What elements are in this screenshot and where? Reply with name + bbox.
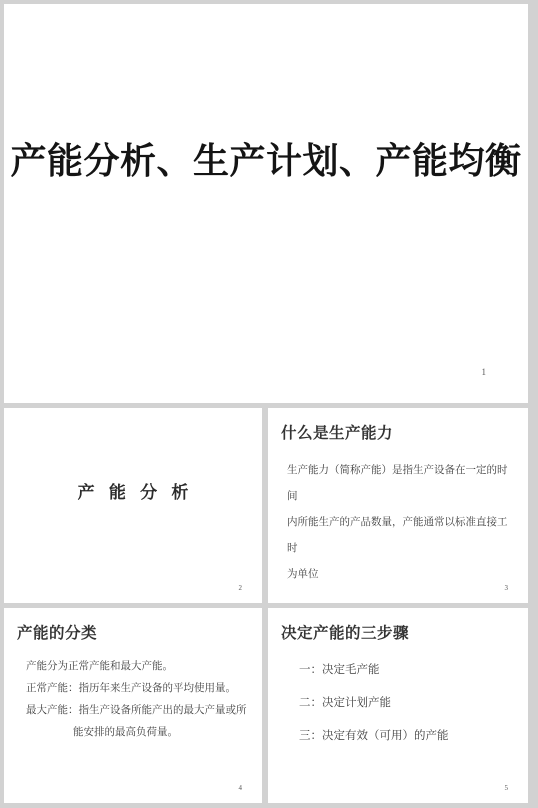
slide-page-4: 产能的分类 产能分为正常产能和最大产能。 正常产能：指历年来生产设备的平均使用量… <box>4 608 262 803</box>
slide1-page-number: 1 <box>482 367 487 377</box>
slide3-page-number: 3 <box>505 584 509 592</box>
slide2-title: 产 能 分 析 <box>4 478 262 503</box>
slide3-title: 什么是生产能力 <box>281 421 393 443</box>
slide5-list: 一：决定毛产能 二：决定计划产能 三：决定有效（可用）的产能 <box>299 664 449 763</box>
body-line: 能安排的最高负荷量。 <box>73 722 254 744</box>
body-line: 为单位 <box>287 562 516 588</box>
slide3-body: 生产能力（简称产能）是指生产设备在一定的时间 内所能生产的产品数量，产能通常以标… <box>287 458 516 588</box>
slide4-title: 产能的分类 <box>17 621 97 643</box>
body-line: 最大产能：指生产设备所能产出的最大产量或所 <box>26 700 254 722</box>
body-line: 生产能力（简称产能）是指生产设备在一定的时间 <box>287 458 516 510</box>
body-line: 正常产能：指历年来生产设备的平均使用量。 <box>26 678 254 700</box>
document-viewer: 产能分析、生产计划、产能均衡 1 产 能 分 析 2 什么是生产能力 生产能力（… <box>0 0 538 808</box>
slide5-page-number: 5 <box>505 784 509 792</box>
slide-page-5: 决定产能的三步骤 一：决定毛产能 二：决定计划产能 三：决定有效（可用）的产能 … <box>268 608 528 803</box>
list-item: 二：决定计划产能 <box>299 697 449 710</box>
slide-page-1: 产能分析、生产计划、产能均衡 1 <box>4 4 528 403</box>
slide4-body: 产能分为正常产能和最大产能。 正常产能：指历年来生产设备的平均使用量。 最大产能… <box>26 656 254 744</box>
slide2-page-number: 2 <box>239 584 243 592</box>
list-item: 三：决定有效（可用）的产能 <box>299 730 449 743</box>
slide-page-3: 什么是生产能力 生产能力（简称产能）是指生产设备在一定的时间 内所能生产的产品数… <box>268 408 528 603</box>
slide5-title: 决定产能的三步骤 <box>281 621 409 643</box>
body-line: 内所能生产的产品数量，产能通常以标准直接工时 <box>287 510 516 562</box>
list-item: 一：决定毛产能 <box>299 664 449 677</box>
slide4-page-number: 4 <box>239 784 243 792</box>
slide-page-2: 产 能 分 析 2 <box>4 408 262 603</box>
slide1-title: 产能分析、生产计划、产能均衡 <box>4 140 528 183</box>
body-line: 产能分为正常产能和最大产能。 <box>26 656 254 678</box>
